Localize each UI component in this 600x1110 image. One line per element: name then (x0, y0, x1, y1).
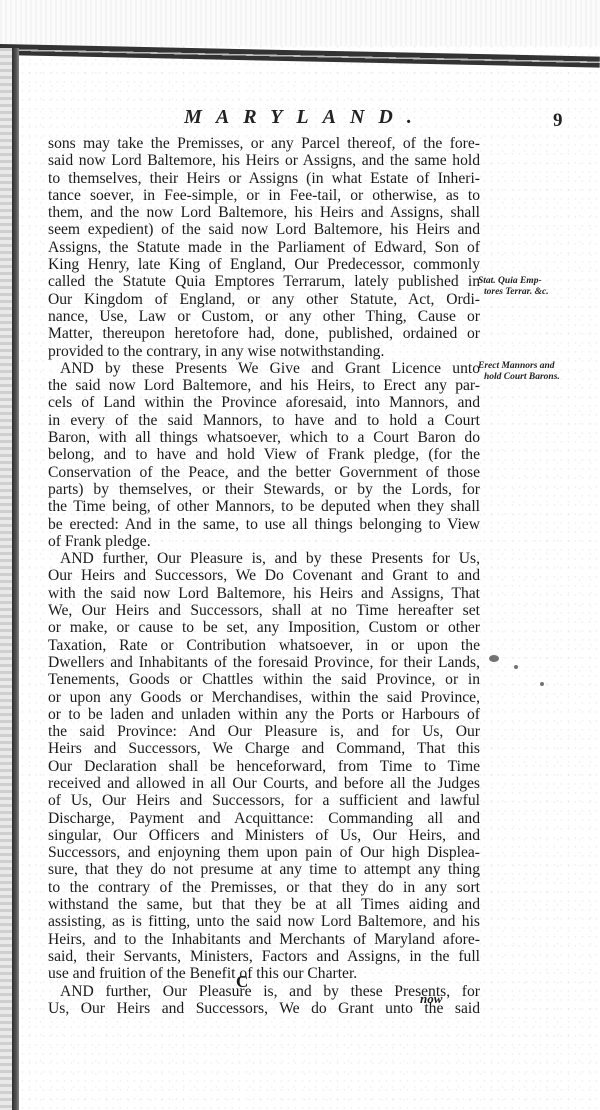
catchword: now (420, 991, 442, 1007)
text-line: parts) by themselves, or their Stewards,… (48, 481, 480, 498)
text-line: be erected: And in the same, to use all … (48, 516, 480, 533)
text-line: the Time being, of other Mannors, to be … (48, 498, 480, 515)
text-line: We, Our Heirs and Successors, shall at n… (48, 602, 480, 619)
text-line: Dwellers and Inhabitants of the foresaid… (48, 654, 480, 671)
text-line: or make, or cause to be set, any Imposit… (48, 619, 480, 636)
text-line: in every of the said Mannors, to have an… (48, 412, 480, 429)
text-line: or to be laden and unladen within any th… (48, 706, 480, 723)
margin-note-statute: Stat. Quia Emp- tores Terrar. &c. (478, 276, 600, 298)
text-line: Our Kingdom of England, or any other Sta… (48, 291, 480, 308)
page-header: MARYLAND. 9 (0, 106, 600, 132)
scan-margin-top (0, 0, 600, 46)
text-line: Assigns, the Statute made in the Parliam… (48, 239, 480, 256)
text-line: called the Statute Quia Emptores Terraru… (48, 273, 480, 290)
text-line: Successors, and enjoyning them upon pain… (48, 844, 480, 861)
scan-gutter-left (0, 48, 12, 1110)
text-line: to the contrary of the Premisses, or tha… (48, 879, 480, 896)
ink-blot (540, 682, 544, 686)
text-line: of Us, Our Heirs and Successors, for a s… (48, 792, 480, 809)
ink-blot (489, 655, 499, 662)
text-line: Heirs and Successors, We Charge and Comm… (48, 740, 480, 757)
page-spine-edge (12, 48, 19, 1110)
text-line: of Frank pledge. (48, 533, 480, 550)
page-number: 9 (553, 110, 563, 132)
signature-mark: C (236, 972, 248, 992)
text-line: King Henry, late King of England, Our Pr… (48, 256, 480, 273)
text-line: sons may take the Premisses, or any Parc… (48, 135, 480, 152)
margin-note-mannors: Erect Mannors and hold Court Barons. (478, 361, 600, 383)
text-line: with the said now Lord Baltemore, his He… (48, 585, 480, 602)
text-line: Baron, with all things whatsoever, which… (48, 429, 480, 446)
paragraph-start: AND further, Our Pleasure is, and by the… (48, 550, 480, 567)
text-line: tance soever, in Fee-simple, or in Fee-t… (48, 187, 480, 204)
text-line: the said now Lord Baltemore, and his Hei… (48, 377, 480, 394)
margin-note-line: tores Terrar. &c. (478, 287, 600, 298)
charter-body-text: sons may take the Premisses, or any Parc… (48, 135, 480, 1017)
margin-note-line: hold Court Barons. (478, 372, 600, 383)
text-line: to themselves, their Heirs or Assigns (i… (48, 170, 480, 187)
text-line: said now Lord Baltemore, his Heirs or As… (48, 152, 480, 169)
text-line: provided to the contrary, in any wise no… (48, 343, 480, 360)
text-line: Our Declaration shall be henceforward, f… (48, 758, 480, 775)
text-line: or upon any Goods or Merchandises, withi… (48, 689, 480, 706)
text-line: said, their Servants, Ministers, Factors… (48, 948, 480, 965)
text-line: assisting, as is fitting, unto the said … (48, 913, 480, 930)
running-title: MARYLAND. (170, 106, 440, 129)
text-line: sure, that they do not presume at any ti… (48, 861, 480, 878)
text-line: Matter, thereupon heretofore had, done, … (48, 325, 480, 342)
text-line: singular, Our Officers and Ministers of … (48, 827, 480, 844)
paragraph-start: AND by these Presents We Give and Grant … (48, 360, 480, 377)
text-line: Us, Our Heirs and Successors, We do Gran… (48, 1000, 480, 1017)
text-line: belong, and to have and hold View of Fra… (48, 446, 480, 463)
text-line: Taxation, Rate or Contribution whatsoeve… (48, 637, 480, 654)
margin-note-line: Stat. Quia Emp- (478, 276, 542, 286)
text-line: Conservation of the Peace, and the bette… (48, 464, 480, 481)
text-line: the said Province: And Our Pleasure is, … (48, 723, 480, 740)
page-edge-rule (0, 44, 600, 68)
text-line: cels of Land within the Province aforesa… (48, 394, 480, 411)
text-line: Heirs, and to the Inhabitants and Mercha… (48, 931, 480, 948)
paragraph-start: AND further, Our Pleasure is, and by the… (48, 983, 480, 1000)
text-line: Tenements, Goods or Chattles within the … (48, 671, 480, 688)
margin-note-line: Erect Mannors and (478, 361, 555, 371)
text-line: received and allowed in all Our Courts, … (48, 775, 480, 792)
text-line: withstand the same, but that they be at … (48, 896, 480, 913)
text-line: Discharge, Payment and Acquittance: Comm… (48, 810, 480, 827)
text-line: use and fruition of the Benefit of this … (48, 965, 480, 982)
ink-blot (514, 665, 518, 669)
text-line: Our Heirs and Successors, We Do Covenant… (48, 567, 480, 584)
text-line: nance, Use, Law or Custom, or any other … (48, 308, 480, 325)
text-line: seem expedient) of the said now Lord Bal… (48, 221, 480, 238)
text-line: them, and the now Lord Baltemore, his He… (48, 204, 480, 221)
